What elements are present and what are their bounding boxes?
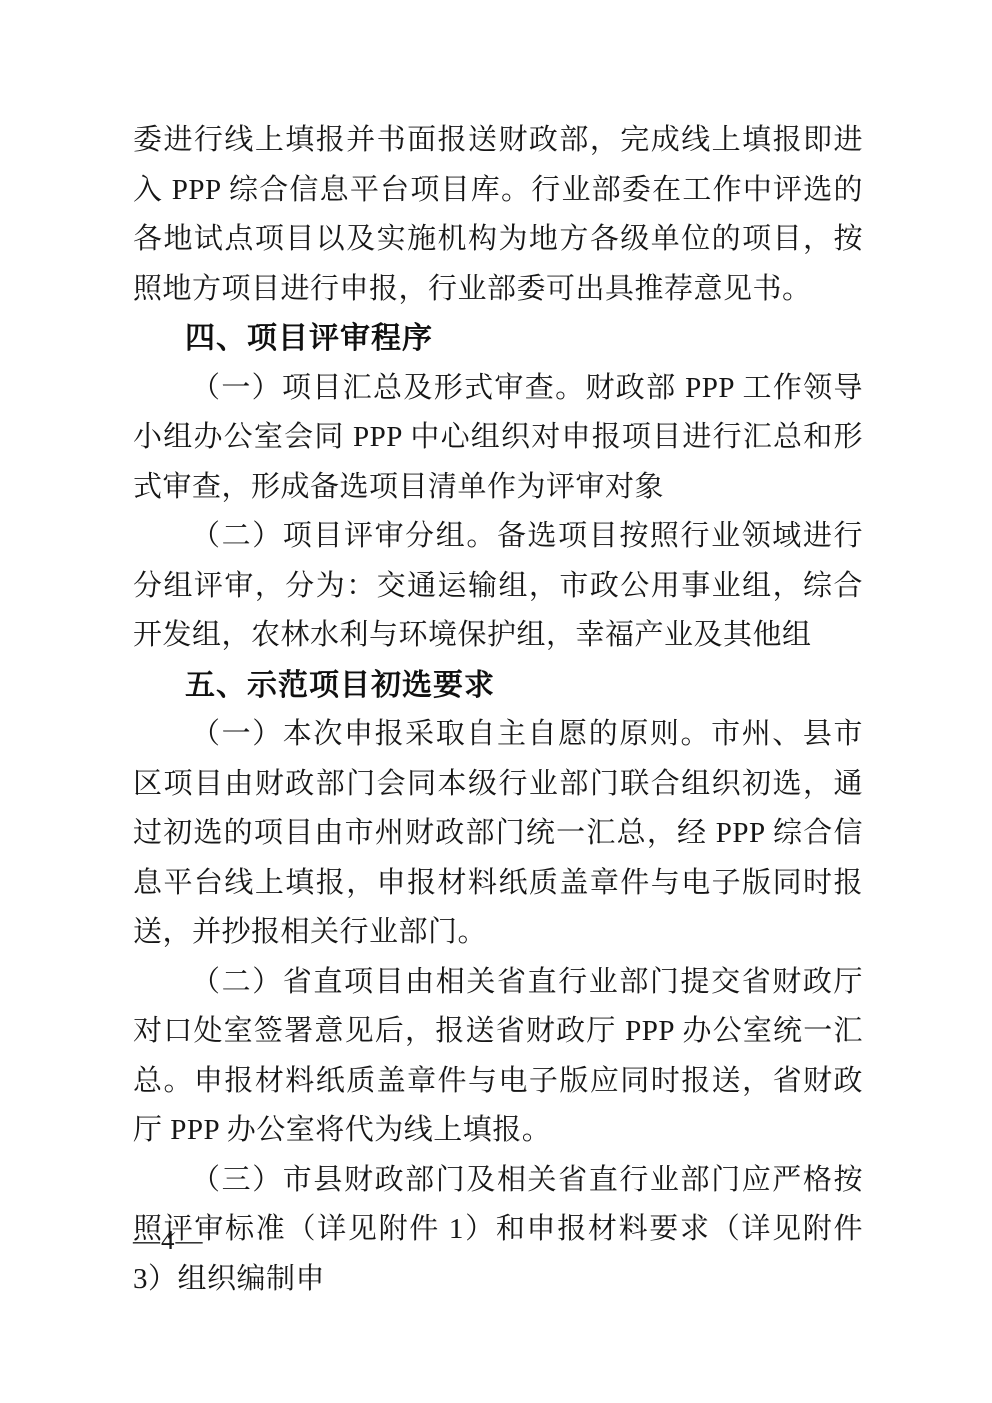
continued-paragraph: 委进行线上填报并书面报送财政部，完成线上填报即进入 PPP 综合信息平台项目库。… [133,116,863,314]
page-number: —4— [133,1224,204,1256]
heading-section-4: 四、项目评审程序 [133,314,863,364]
para-5-1: （一）本次申报采取自主自愿的原则。市州、县市区项目由财政部门会同本级行业部门联合… [133,710,863,958]
para-5-2: （二）省直项目由相关省直行业部门提交省财政厅对口处室签署意见后，报送省财政厅 P… [133,958,863,1156]
para-4-2: （二）项目评审分组。备选项目按照行业领域进行分组评审，分为：交通运输组，市政公用… [133,512,863,661]
document-page: { "page": { "number": "—4—", "background… [0,0,992,1403]
heading-section-5: 五、示范项目初选要求 [133,661,863,711]
para-4-1: （一）项目汇总及形式审查。财政部 PPP 工作领导小组办公室会同 PPP 中心组… [133,364,863,513]
para-5-3: （三）市县财政部门及相关省直行业部门应严格按照评审标准（详见附件 1）和申报材料… [133,1156,863,1305]
document-body: 委进行线上填报并书面报送财政部，完成线上填报即进入 PPP 综合信息平台项目库。… [133,116,863,1304]
